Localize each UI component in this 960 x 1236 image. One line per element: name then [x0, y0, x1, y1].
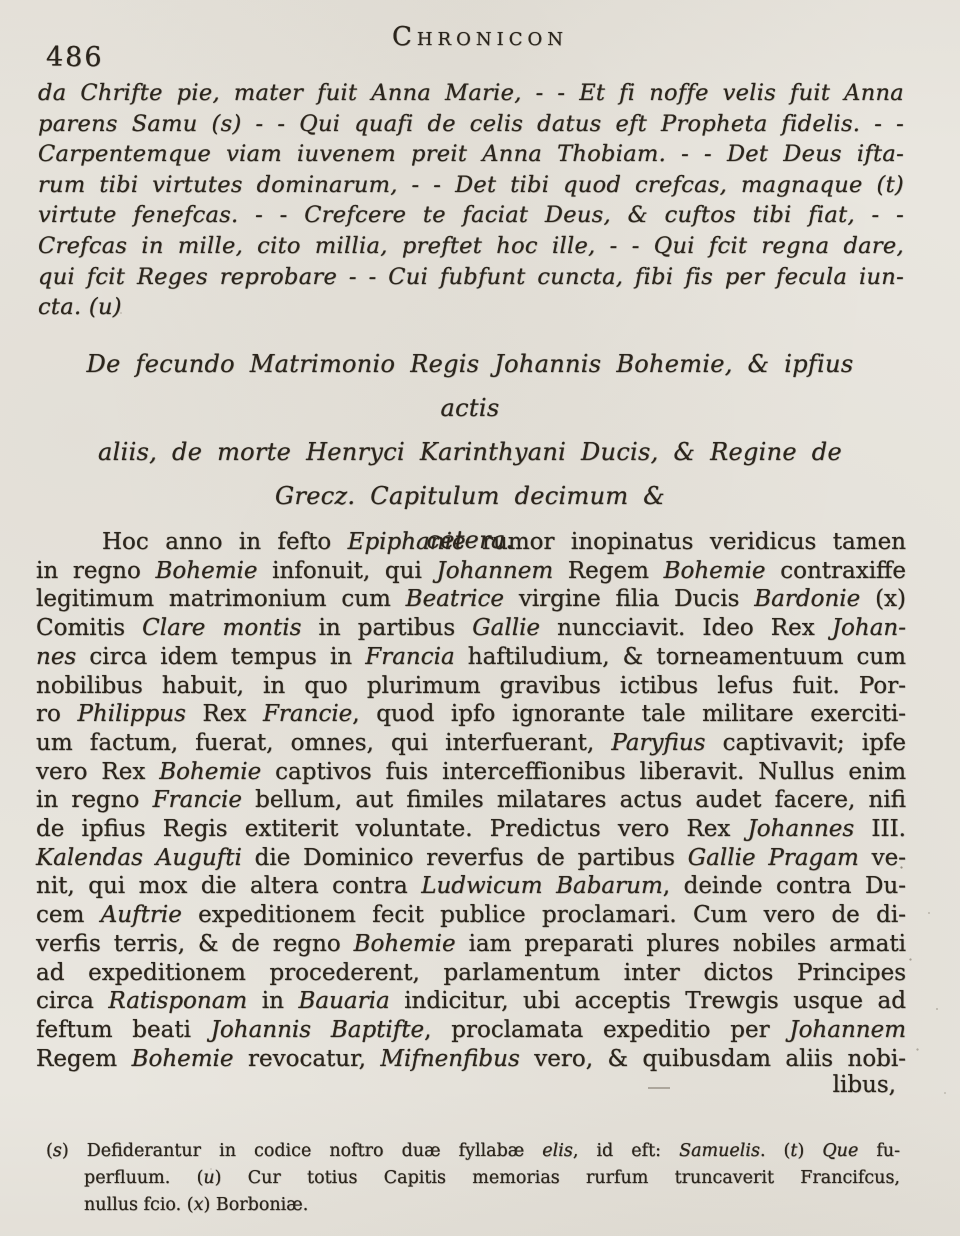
italic-text-segment: Johannem — [789, 1017, 906, 1043]
text-segment: aliis, de morte Henryci Karinthyani Duci… — [98, 438, 842, 466]
text-segment: . ( — [760, 1141, 790, 1161]
text-line: qui fcit Reges reprobare - - Cui fubfunt… — [38, 262, 904, 293]
italic-text-segment: Francia — [365, 644, 454, 670]
text-line: cem Auftrie expeditionem fecit publice p… — [36, 901, 906, 930]
text-segment: fu- — [858, 1141, 900, 1161]
text-segment: da Chrifte pie, mater fuit Anna Marie, -… — [38, 80, 904, 106]
text-segment: expeditionem fecit publice proclamari. C… — [182, 902, 906, 928]
text-segment: ) Borboniæ. — [203, 1195, 308, 1215]
text-line: (s) Defiderantur in codice noftro duæ fy… — [46, 1138, 900, 1165]
text-line: cta. (u) — [38, 292, 904, 323]
text-line: um factum, fuerat, omnes, qui interfuera… — [36, 729, 906, 758]
text-segment: qui fcit Reges reprobare - - Cui fubfunt… — [38, 264, 904, 290]
text-line: in regno Francie bellum, aut fimiles mil… — [36, 786, 906, 815]
text-segment: (x) — [860, 586, 906, 612]
italic-text-segment: Gallie — [472, 615, 540, 641]
italic-text-segment: Epiphanie — [348, 529, 466, 555]
italic-text-segment: Bohemie — [156, 558, 258, 584]
italic-text-segment: Johannem — [437, 558, 554, 584]
text-line: perfluum. (u) Cur totius Capitis memoria… — [46, 1165, 900, 1192]
text-segment: Carpentemque viam iuvenem preit Anna Tho… — [38, 141, 904, 167]
text-line: nes circa idem tempus in Francia haftilu… — [36, 643, 906, 672]
text-segment: bellum, aut fimiles milatares actus aude… — [242, 787, 906, 813]
text-segment: nobilibus habuit, in quo plurimum gravib… — [36, 673, 906, 699]
italic-text-segment: u — [203, 1168, 214, 1188]
italic-text-segment: Gallie Pragam — [688, 845, 859, 871]
italic-text-segment: Paryfius — [611, 730, 705, 756]
text-line: verfis terris, & de regno Bohemie iam pr… — [36, 930, 906, 959]
text-segment: , deinde contra Du- — [663, 873, 906, 899]
text-line: Regem Bohemie revocatur, Mifnenfibus ver… — [36, 1045, 906, 1074]
text-segment: haftiludium, & torneamentuum cum — [455, 644, 906, 670]
text-line: nit, qui mox die altera contra Ludwicum … — [36, 872, 906, 901]
italic-text-segment: Samuelis — [679, 1141, 760, 1161]
text-segment: , quod ipfo ignorante tale militare exer… — [352, 701, 906, 727]
text-segment: in partibus — [301, 615, 472, 641]
text-line: virtute fenefcas. - - Crefcere te faciat… — [38, 200, 904, 231]
italic-text-segment: Bohemie — [354, 931, 456, 957]
italic-text-segment: Johannes — [748, 816, 855, 842]
text-segment: vero Rex — [36, 759, 159, 785]
text-segment: vero, & quibusdam aliis nobi- — [520, 1046, 906, 1072]
text-line: Hoc anno in fefto Epiphanie rumor inopin… — [36, 528, 906, 557]
text-segment: rum tibi virtutes dominarum, - - Det tib… — [38, 172, 904, 198]
text-segment: Crefcas in mille, cito millia, preftet h… — [38, 233, 904, 259]
text-segment: revocatur, — [234, 1046, 381, 1072]
text-line: de ipfius Regis extiterit voluntate. Pre… — [36, 815, 906, 844]
text-line: Grecz. Capitulum decimum & — [60, 474, 880, 518]
italic-text-segment: Bohemie — [159, 759, 261, 785]
text-segment: Rex — [186, 701, 263, 727]
text-line: ad expeditionem procederent, parlamentum… — [36, 959, 906, 988]
text-segment: in regno — [36, 558, 156, 584]
text-line: circa Ratisponam in Bauaria indicitur, u… — [36, 987, 906, 1016]
text-segment: contraxiffe — [766, 558, 906, 584]
text-segment: nit, qui mox die altera contra — [36, 873, 421, 899]
text-segment: in regno — [36, 787, 153, 813]
italic-text-segment: Johannis Baptifte — [211, 1017, 424, 1043]
text-line: De fecundo Matrimonio Regis Johannis Boh… — [60, 342, 880, 430]
italic-text-segment: Ratisponam — [108, 988, 247, 1014]
text-segment: captivavit; ipfe — [705, 730, 906, 756]
italic-text-segment: Auftrie — [101, 902, 182, 928]
italic-text-segment: nes — [36, 644, 76, 670]
catchword: libus, — [833, 1072, 896, 1098]
text-segment: perfluum. ( — [84, 1168, 203, 1188]
italic-text-segment: Bardonie — [754, 586, 860, 612]
text-line: Comitis Clare montis in partibus Gallie … — [36, 614, 906, 643]
italic-text-segment: Kalendas Augufti — [36, 845, 242, 871]
text-segment: De fecundo Matrimonio Regis Johannis Boh… — [87, 350, 869, 422]
text-segment: ve- — [859, 845, 906, 871]
text-segment: die Dominico reverfus de partibus — [242, 845, 688, 871]
text-segment: virtute fenefcas. - - Crefcere te faciat… — [38, 202, 904, 228]
italic-text-segment: Philippus — [77, 701, 185, 727]
text-line: Crefcas in mille, cito millia, preftet h… — [38, 231, 904, 262]
text-segment: cta. (u) — [38, 294, 122, 320]
text-segment: circa — [36, 988, 108, 1014]
text-segment: legitimum matrimonium cum — [36, 586, 406, 612]
footnotes: (s) Defiderantur in codice noftro duæ fy… — [46, 1138, 900, 1219]
text-segment: Hoc anno in fefto — [102, 529, 348, 555]
italic-text-segment: Beatrice — [406, 586, 504, 612]
body-paragraph: Hoc anno in fefto Epiphanie rumor inopin… — [36, 528, 906, 1073]
text-segment: ro — [36, 701, 77, 727]
text-line: nobilibus habuit, in quo plurimum gravib… — [36, 672, 906, 701]
text-segment: nullus fcio. ( — [84, 1195, 194, 1215]
text-segment: Comitis — [36, 615, 142, 641]
italic-text-segment: Bauaria — [298, 988, 389, 1014]
italic-text-segment: Francie — [263, 701, 352, 727]
text-segment: ) Defiderantur in codice noftro duæ fyll… — [62, 1141, 542, 1161]
italic-text-segment: Mifnenfibus — [380, 1046, 519, 1072]
text-segment: Regem — [36, 1046, 132, 1072]
text-line: legitimum matrimonium cum Beatrice virgi… — [36, 585, 906, 614]
italic-text-segment: Bohemie — [664, 558, 766, 584]
text-segment: III. — [854, 816, 906, 842]
text-segment: captivos fuis interceffionibus liberavit… — [261, 759, 906, 785]
italic-text-segment: x — [194, 1195, 204, 1215]
text-segment: ad expeditionem procederent, parlamentum… — [36, 960, 906, 986]
scanned-book-page: 486 Chronicon da Chrifte pie, mater fuit… — [0, 0, 960, 1236]
italic-text-segment: elis — [542, 1141, 573, 1161]
text-segment: um factum, fuerat, omnes, qui interfuera… — [36, 730, 611, 756]
text-segment: ) — [797, 1141, 822, 1161]
text-segment: in — [247, 988, 298, 1014]
italic-text-segment: Johan- — [832, 615, 906, 641]
text-segment: feftum beati — [36, 1017, 211, 1043]
text-segment: parens Samu (s) - - Qui quafi de celis d… — [38, 111, 904, 137]
text-line: aliis, de morte Henryci Karinthyani Duci… — [60, 430, 880, 474]
italic-text-segment: s — [53, 1141, 62, 1161]
text-line: nullus fcio. (x) Borboniæ. — [46, 1192, 900, 1219]
text-segment: , id eft: — [573, 1141, 679, 1161]
text-segment: infonuit, qui — [257, 558, 436, 584]
text-segment: Regem — [553, 558, 663, 584]
italic-text-segment: Que — [822, 1141, 858, 1161]
text-line: feftum beati Johannis Baptifte, proclama… — [36, 1016, 906, 1045]
text-line: Carpentemque viam iuvenem preit Anna Tho… — [38, 139, 904, 170]
italic-text-segment: Francie — [153, 787, 242, 813]
text-line: da Chrifte pie, mater fuit Anna Marie, -… — [38, 78, 904, 109]
text-segment: rumor inopinatus veridicus tamen — [466, 529, 906, 555]
text-segment: verfis terris, & de regno — [36, 931, 354, 957]
text-segment: circa idem tempus in — [76, 644, 365, 670]
text-segment: ) Cur totius Capitis memorias rurfum tru… — [215, 1168, 900, 1188]
text-segment: de ipfius Regis extiterit voluntate. Pre… — [36, 816, 748, 842]
text-segment: ( — [46, 1141, 53, 1161]
text-segment: Grecz. Capitulum decimum & — [275, 482, 665, 510]
text-line: Kalendas Augufti die Dominico reverfus d… — [36, 844, 906, 873]
text-line: ro Philippus Rex Francie, quod ipfo igno… — [36, 700, 906, 729]
text-segment: indicitur, ubi acceptis Trewgis usque ad — [390, 988, 906, 1014]
text-segment: nuncciavit. Ideo Rex — [540, 615, 832, 641]
italic-text-segment: Ludwicum Babarum — [421, 873, 663, 899]
verse-paragraph: da Chrifte pie, mater fuit Anna Marie, -… — [38, 78, 904, 323]
italic-text-segment: Bohemie — [132, 1046, 234, 1072]
running-header: Chronicon — [0, 22, 960, 52]
text-segment: iam preparati plures nobiles armati — [456, 931, 906, 957]
text-line: vero Rex Bohemie captivos fuis interceff… — [36, 758, 906, 787]
text-line: parens Samu (s) - - Qui quafi de celis d… — [38, 109, 904, 140]
text-segment: , proclamata expeditio per — [424, 1017, 789, 1043]
italic-text-segment: Clare montis — [142, 615, 301, 641]
text-line: rum tibi virtutes dominarum, - - Det tib… — [38, 170, 904, 201]
text-line: in regno Bohemie infonuit, qui Johannem … — [36, 557, 906, 586]
text-segment: cem — [36, 902, 101, 928]
text-segment: virgine filia Ducis — [504, 586, 754, 612]
